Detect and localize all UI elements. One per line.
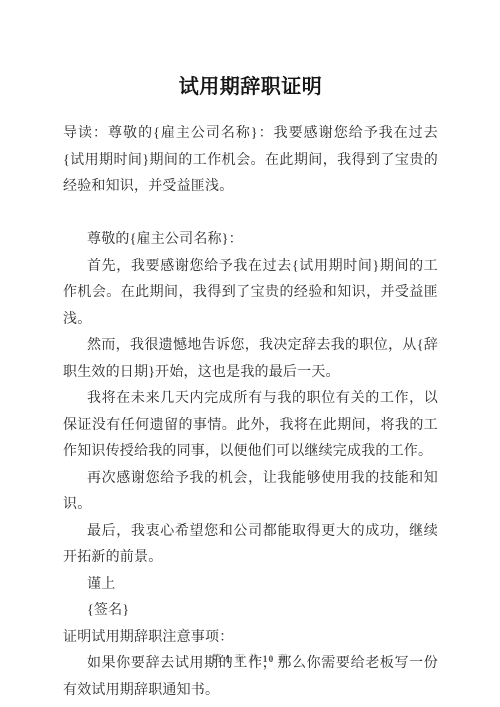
salutation: 尊敬的{雇主公司名称}： — [63, 227, 438, 254]
page-footer: 第 1 页 共 10 页 — [0, 651, 500, 665]
footer-total-pages: 10 — [263, 655, 275, 665]
closing-line: 谨上 — [63, 572, 438, 599]
signature-placeholder: {签名} — [63, 598, 438, 625]
footer-label-total: 页 共 — [235, 655, 259, 665]
body-paragraph-4: 再次感谢您给予我的机会，让我能够使用我的技能和知识。 — [63, 466, 438, 519]
footer-label-page: 第 — [212, 655, 223, 665]
body-paragraph-5: 最后，我衷心希望您和公司都能取得更大的成功，继续开拓新的前景。 — [63, 519, 438, 572]
document-page: 试用期辞职证明 导读：尊敬的{雇主公司名称}：我要感谢您给予我在过去{试用期时间… — [0, 0, 500, 707]
document-title: 试用期辞职证明 — [63, 0, 438, 100]
footer-page-number: 1 — [226, 655, 232, 665]
intro-paragraph: 导读：尊敬的{雇主公司名称}：我要感谢您给予我在过去{试用期时间}期间的工作机会… — [63, 121, 438, 201]
body-paragraph-3: 我将在未来几天内完成所有与我的职位有关的工作，以保证没有任何遗留的事情。此外，我… — [63, 386, 438, 466]
body-paragraph-1: 首先，我要感谢您给予我在过去{试用期时间}期间的工作机会。在此期间，我得到了宝贵… — [63, 254, 438, 334]
notes-heading: 证明试用期辞职注意事项： — [63, 625, 438, 652]
footer-label-pages: 页 — [278, 655, 289, 665]
document-content: 试用期辞职证明 导读：尊敬的{雇主公司名称}：我要感谢您给予我在过去{试用期时间… — [63, 0, 438, 704]
blank-line — [63, 201, 438, 228]
body-paragraph-2: 然而，我很遗憾地告诉您，我决定辞去我的职位，从{辞职生效的日期}开始，这也是我的… — [63, 333, 438, 386]
